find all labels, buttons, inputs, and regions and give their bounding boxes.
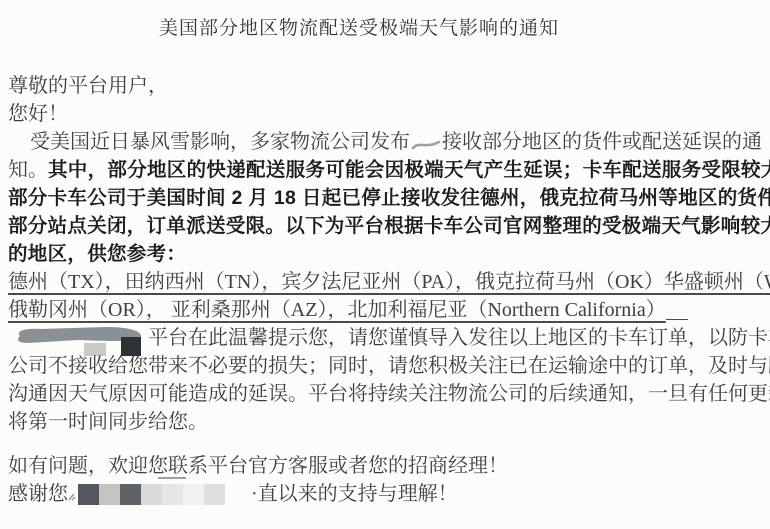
para1-line1-text-after: 接收部分地区的货件或配送延误的通 [442,131,762,153]
closing-line2-text-before: 感谢您 [8,483,68,505]
para1-line1-text-before: 受美国近日暴风雪影响，多家物流公司发布 [30,131,410,153]
para2-line-3: 沟通因天气原因可能造成的延误。平台将持续关注物流公司的后续通知，一旦有任何更新， [8,380,764,408]
mosaic-block [120,484,141,505]
scan-artifact-mark [68,483,76,495]
document-body: 尊敬的平台用户， 您好！ 受美国近日暴风雪影响，多家物流公司发布接收部分地区的货… [8,72,764,508]
underline-extension [666,319,688,321]
mosaic-block [204,484,225,505]
redaction-smudge-icon [410,134,442,152]
para2-line-4: 将第一时间同步给您。 [8,408,764,436]
document-title: 美国部分地区物流配送受极端天气影响的通知 [0,0,736,40]
closing-line2-text-after: ·直以来的支持与理解！ [251,483,458,505]
affected-regions-line-1: 德州（TX），田纳西州（TN），宾夕法尼亚州（PA），俄克拉荷马州（OK）华盛顿… [8,268,764,296]
closing-line-1: 如有问题，欢迎您联系平台官方客服或者您的招商经理！ [8,452,764,480]
mosaic-block [183,484,204,505]
mosaic-block [162,484,183,505]
para1-line2-regular: 知。 [8,159,48,181]
scan-artifact-underline [158,477,186,479]
affected-regions-line-2: 俄勒冈州（OR）， 亚利桑那州（AZ），北加利福尼亚（Northern Cali… [8,296,764,324]
document-page: 美国部分地区物流配送受极端天气影响的通知 尊敬的平台用户， 您好！ 受美国近日暴… [0,0,770,529]
para1-line-1: 受美国近日暴风雪影响，多家物流公司发布接收部分地区的货件或配送延误的通 [8,128,764,156]
para2-line-2: 公司不接收给您带来不必要的损失；同时，请您积极关注已在运输途中的订单，及时与顾客 [8,352,764,380]
para2-line1-text: 平台在此温馨提示您，请您谨慎导入发往以上地区的卡车订单，以防卡车 [148,327,770,349]
para1-line-4: 部分站点关闭，订单派送受限。以下为平台根据卡车公司官网整理的受极端天气影响较大 [8,212,764,240]
redaction-mosaic [78,484,225,505]
mosaic-block [141,484,162,505]
mosaic-block [99,484,120,505]
para1-line-5: 的地区，供您参考： [8,240,764,268]
affected-regions-text-2: 俄勒冈州（OR）， 亚利桑那州（AZ），北加利福尼亚（Northern Cali… [8,299,666,321]
para1-line2-bold: 其中，部分地区的快递配送服务可能会因极端天气产生延误；卡车配送服务受限较大， [48,159,770,181]
para1-line-3: 部分卡车公司于美国时间 2 月 18 日起已停止接收发往德州，俄克拉荷马州等地区… [8,184,764,212]
greeting-line-2: 您好！ [8,100,764,128]
affected-regions-text-1: 德州（TX），田纳西州（TN），宾夕法尼亚州（PA），俄克拉荷马州（OK）华盛顿… [8,271,770,293]
para2-line-1: 平台在此温馨提示您，请您谨慎导入发往以上地区的卡车订单，以防卡车 [8,324,764,352]
closing-line-2: 感谢您·直以来的支持与理解！ [8,480,764,508]
para1-line-2: 知。其中，部分地区的快递配送服务可能会因极端天气产生延误；卡车配送服务受限较大， [8,156,764,184]
greeting-line-1: 尊敬的平台用户， [8,72,764,100]
mosaic-block [78,484,99,505]
